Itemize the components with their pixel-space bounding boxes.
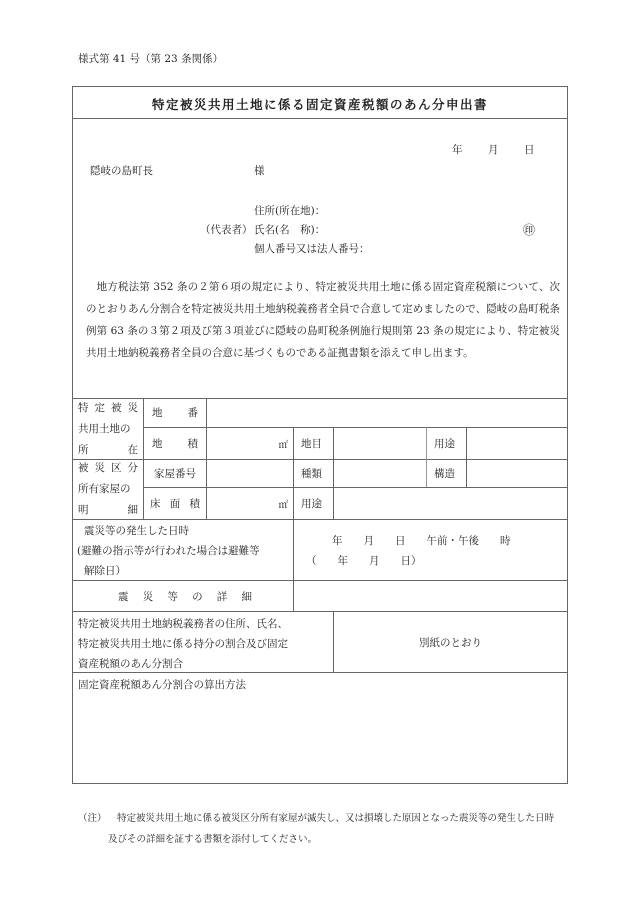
land-area-field[interactable]: ㎡ xyxy=(207,428,292,459)
house-number-field[interactable] xyxy=(207,460,292,487)
land-location-label: 特定被災 共用土地の 所在 xyxy=(78,399,138,459)
square-meter-unit: ㎡ xyxy=(278,497,288,511)
disaster-datetime-label-2: (避難の指示等が行われた場合は避難等 xyxy=(77,543,260,558)
house-use-field[interactable] xyxy=(334,488,567,519)
taxpayers-label-3: 資産税額のあん分割合 xyxy=(78,656,183,671)
house-structure-label: 構造 xyxy=(434,460,455,487)
square-meter-unit: ㎡ xyxy=(278,437,288,451)
address-label: 住所(所在地)： xyxy=(254,203,325,218)
land-category-label: 地目 xyxy=(301,428,322,459)
name-label: 氏名(名 称)： xyxy=(254,222,325,237)
representative-label: （代表者） xyxy=(200,222,253,237)
note-line-1: 特定被災共用土地に係る被災区分所有家屋が滅失し、又は損壊した原因となった震災等の… xyxy=(117,810,554,824)
id-number-field[interactable] xyxy=(380,241,530,255)
land-use-label: 用途 xyxy=(434,428,455,459)
row-line xyxy=(72,672,568,673)
taxpayers-value: 別紙のとおり xyxy=(334,612,567,672)
date-year[interactable]: 年 xyxy=(452,142,463,157)
floor-area-field[interactable]: ㎡ xyxy=(207,488,292,519)
form-title: 特定被災共用土地に係る固定資産税額のあん分申出書 xyxy=(72,95,568,113)
disaster-details-field[interactable] xyxy=(294,581,567,611)
row-line xyxy=(72,519,568,520)
disaster-details-label: 震災等の詳細 xyxy=(118,581,252,611)
house-type-label: 種類 xyxy=(301,460,322,487)
calculation-method-field[interactable] xyxy=(74,695,566,782)
date-day[interactable]: 日 xyxy=(524,142,535,157)
lot-number-field[interactable] xyxy=(207,399,567,426)
taxpayers-label-1: 特定被災共用土地納税義務者の住所、氏名、 xyxy=(78,616,288,631)
house-structure-field[interactable] xyxy=(467,460,567,487)
floor-area-label: 床面積 xyxy=(150,488,200,519)
col-line xyxy=(143,398,144,519)
declaration-text: 地方税法第 352 条の２第６項の規定により、特定被災共用土地に係る固定資産税額… xyxy=(86,276,560,364)
date-month[interactable]: 月 xyxy=(488,142,499,157)
land-area-label: 地積 xyxy=(152,428,198,459)
house-type-field[interactable] xyxy=(334,460,426,487)
calculation-method-label: 固定資産税額あん分割合の算出方法 xyxy=(78,677,246,692)
taxpayers-label-2: 特定被災共用土地に係る持分の割合及び固定 xyxy=(78,636,288,651)
col-line xyxy=(426,427,427,487)
disaster-datetime-value[interactable]: 年 月 日 午前・午後 時 xyxy=(332,533,511,548)
note-line-2: 及びその詳細を証する書類を添付してください。 xyxy=(108,831,317,845)
land-use-field[interactable] xyxy=(467,428,567,459)
land-category-field[interactable] xyxy=(334,428,426,459)
honorific: 様 xyxy=(254,163,265,178)
title-divider xyxy=(72,118,568,119)
house-use-label: 用途 xyxy=(301,488,322,519)
disaster-datetime-label-3: 解除日） xyxy=(84,563,126,578)
addressee: 隠岐の島町長 xyxy=(90,163,153,178)
seal-icon: ㊞ xyxy=(523,221,535,238)
id-number-label: 個人番号又は法人番号： xyxy=(254,241,370,256)
lot-number-label: 地番 xyxy=(152,398,198,427)
name-field[interactable] xyxy=(340,222,520,236)
evacuation-release-date-value[interactable]: （ 年 月 日） xyxy=(306,553,422,568)
disaster-datetime-label-1: 震災等の発生した日時 xyxy=(84,523,189,538)
form-number: 様式第 41 号（第 23 条関係） xyxy=(78,51,223,66)
address-field[interactable] xyxy=(340,203,530,217)
note-prefix: （注） xyxy=(78,810,107,824)
house-number-label: 家屋番号 xyxy=(144,460,206,487)
house-details-label: 被災区分 所有家屋の 明細 xyxy=(78,460,138,519)
